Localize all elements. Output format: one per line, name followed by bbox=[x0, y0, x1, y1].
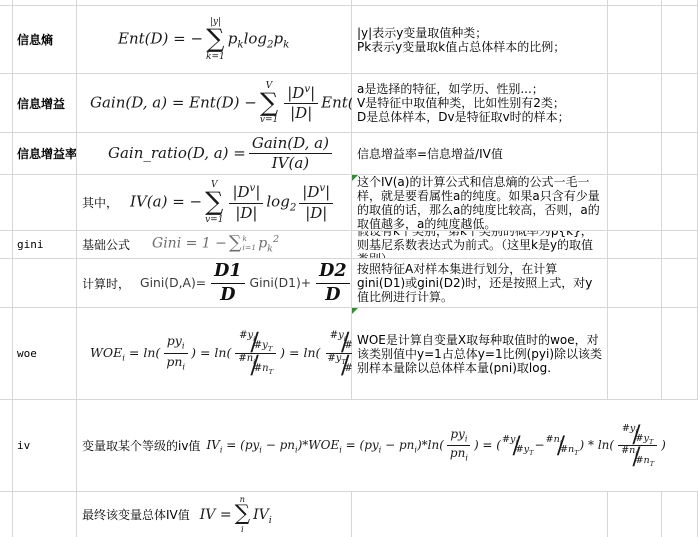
math-fraction: #yi∕#yT#ni∕#nT bbox=[617, 425, 658, 466]
cell-note-gini-calc[interactable]: 按照特征A对样本集进行划分，在计算gini(D1)或gini(D2)时，还是按照… bbox=[352, 259, 608, 308]
math-subscript: i bbox=[182, 363, 185, 373]
math-text: |D bbox=[302, 183, 319, 201]
cell-empty[interactable] bbox=[662, 231, 698, 259]
math-summation: n∑i bbox=[235, 495, 250, 535]
math-skewed-fraction: #yi∕#yT bbox=[239, 332, 272, 352]
cell-label-info-gain[interactable]: 信息增益 bbox=[13, 74, 77, 133]
math-summation: |y|∑k=1 bbox=[206, 17, 225, 62]
math-text: D2 bbox=[319, 261, 346, 281]
math-text: = ln( bbox=[125, 345, 160, 360]
cell-empty[interactable] bbox=[662, 492, 698, 537]
cell-empty[interactable] bbox=[0, 400, 13, 492]
cell-empty[interactable] bbox=[662, 74, 698, 133]
cell-note-info-gain[interactable]: a是选择的特征，如学历、性别...； V是特征中取值种类，比如性别有2类； D是… bbox=[352, 74, 608, 133]
math-text: = (py bbox=[342, 438, 379, 452]
math-text: D bbox=[220, 285, 235, 305]
math-text: − pn bbox=[262, 438, 295, 452]
math-text: py bbox=[450, 427, 464, 441]
math-text: log bbox=[244, 30, 267, 48]
math-text: |D bbox=[232, 183, 249, 201]
math-text: D1 bbox=[214, 261, 241, 281]
row-label-info-gain: 信息增益 bbox=[17, 95, 65, 112]
cell-comment-marker-icon bbox=[352, 308, 358, 314]
math-text: | bbox=[255, 183, 260, 201]
math-text: | bbox=[310, 84, 315, 102]
cell-empty[interactable] bbox=[0, 6, 13, 74]
math-text: − pn bbox=[381, 438, 414, 452]
formula-prefix-iv-a: 其中， bbox=[82, 194, 118, 211]
cell-empty[interactable] bbox=[662, 259, 698, 308]
math-text: #n bbox=[560, 444, 574, 455]
cell-empty[interactable] bbox=[662, 6, 698, 74]
math-fraction: |Dv||D| bbox=[229, 183, 263, 222]
grid-row-entropy: 信息熵 Ent(D) = −|y|∑k=1pklog2pk |y|表示y变量取值… bbox=[0, 6, 698, 74]
cell-empty[interactable] bbox=[608, 175, 662, 231]
cell-formula-gini-calc[interactable]: 计算时， Gini(D,A)=D1DGini(D1)+D2DGini(D2) bbox=[77, 259, 352, 308]
note-text-gini-calc: 按照特征A对样本集进行划分，在计算gini(D1)或gini(D2)时，还是按照… bbox=[357, 262, 602, 304]
cell-label-gini-calc[interactable] bbox=[13, 259, 77, 308]
cell-note-iv-total[interactable] bbox=[352, 492, 608, 537]
math-text: WOE bbox=[90, 345, 122, 360]
cell-empty[interactable] bbox=[608, 231, 662, 259]
math-text: D bbox=[325, 285, 340, 305]
math-text: Gini(D1)+ bbox=[250, 276, 312, 290]
cell-formula-iv-a[interactable]: 其中， IV(a) = −V∑v=1|Dv||D|log2|Dv||D| bbox=[77, 175, 352, 231]
math-text: |D| bbox=[305, 204, 327, 222]
note-text-entropy: |y|表示y变量取值种类； Pk表示y变量取k值占总体样本的比例； bbox=[357, 26, 565, 54]
gini-base-formula-image[interactable]: Gini = 1 −∑ki=1pk2 bbox=[152, 234, 279, 254]
cell-label-woe[interactable]: woe bbox=[13, 308, 77, 400]
math-text: Ent(D) = − bbox=[118, 30, 203, 48]
math-text: py bbox=[167, 333, 182, 348]
grid-row-woe: woe WOEi = ln(pyipni) = ln(#yi∕#yT#ni∕#n… bbox=[0, 308, 698, 400]
formula-prefix-iv-level: 变量取某个等级的iv值 bbox=[82, 437, 200, 454]
cell-empty[interactable] bbox=[0, 133, 13, 175]
math-text: − bbox=[534, 438, 544, 452]
row-label-iv: iv bbox=[17, 439, 30, 452]
math-summation: V∑v=1 bbox=[260, 81, 278, 126]
math-text: ) = ( bbox=[474, 438, 501, 452]
math-fraction: Gain(D, a)IV(a) bbox=[249, 135, 332, 173]
cell-empty[interactable] bbox=[608, 6, 662, 74]
cell-empty[interactable] bbox=[0, 492, 13, 537]
formula-prefix-gini-calc: 计算时， bbox=[82, 275, 130, 292]
math-text: p bbox=[228, 30, 238, 48]
cell-empty[interactable] bbox=[608, 133, 662, 175]
math-skewed-fraction: #ni∕#nT bbox=[621, 447, 654, 466]
math-text: ) = ln( bbox=[191, 345, 231, 360]
math-text: ) * ln( bbox=[580, 438, 615, 452]
iv-a-formula-image[interactable]: IV(a) = −V∑v=1|Dv||D|log2|Dv||D| bbox=[130, 180, 336, 225]
grid-row-gini-base: gini 基础公式 Gini = 1 −∑ki=1pk2 假设有k个类别，第k个… bbox=[0, 231, 698, 259]
math-text: )*WOE bbox=[298, 438, 340, 452]
cell-empty[interactable] bbox=[0, 175, 13, 231]
info-gain-formula-image[interactable]: Gain(D, a) = Ent(D) −V∑v=1|Dv||D|Ent(Dv) bbox=[90, 81, 377, 126]
math-text: | bbox=[325, 183, 330, 201]
cell-empty[interactable] bbox=[662, 175, 698, 231]
math-fraction: pyipni bbox=[163, 334, 188, 374]
math-text: Gain(D, a) bbox=[252, 134, 329, 152]
math-subscript: i bbox=[269, 514, 272, 525]
math-subscript: i bbox=[182, 341, 185, 351]
cell-empty[interactable] bbox=[0, 259, 13, 308]
woe-formula-image[interactable]: WOEi = ln(pyipni) = ln(#yi∕#yT#ni∕#nT) =… bbox=[90, 332, 376, 375]
cell-empty[interactable] bbox=[608, 492, 662, 537]
math-superscript: 2 bbox=[273, 234, 279, 245]
math-subscript: 2 bbox=[290, 203, 296, 214]
row-label-woe: woe bbox=[17, 347, 37, 360]
cell-formula-entropy[interactable]: Ent(D) = −|y|∑k=1pklog2pk bbox=[77, 6, 352, 74]
cell-empty[interactable] bbox=[0, 308, 13, 400]
cell-note-iv-a[interactable]: 这个IV(a)的计算公式和信息熵的公式一毛一样，就是要看属性a的纯度。如果a只含… bbox=[352, 175, 608, 231]
grid-row-info-gain: 信息增益 Gain(D, a) = Ent(D) −V∑v=1|Dv||D|En… bbox=[0, 74, 698, 133]
math-subscript: k bbox=[283, 40, 289, 51]
grid-row-gini-calc: 计算时， Gini(D,A)=D1DGini(D1)+D2DGini(D2) 按… bbox=[0, 259, 698, 308]
math-subscript: T bbox=[649, 437, 653, 445]
cell-formula-iv-level[interactable]: 变量取某个等级的iv值 IVi = (pyi − pni)*WOEi = (py… bbox=[77, 400, 698, 492]
math-subscript: T bbox=[268, 345, 273, 353]
cell-empty[interactable] bbox=[608, 259, 662, 308]
math-fraction: D1D bbox=[211, 261, 244, 304]
math-subscript: T bbox=[529, 449, 533, 457]
cell-note-gain-ratio[interactable]: 信息增益率=信息增益/IV值 bbox=[352, 133, 608, 175]
math-text: log bbox=[266, 193, 289, 211]
math-subscript: T bbox=[269, 368, 274, 376]
math-text: Gain(D, a) = Ent(D) − bbox=[90, 93, 257, 111]
cell-note-gini-base[interactable]: 假设有k个类别，第k个类别的概率为p{k}，则基尼系数表达式为前式。（这里k是y… bbox=[352, 231, 608, 259]
note-text-woe: WOE是计算自变量X取每种取值时的woe，对该类别值中y=1占总体y=1比例(p… bbox=[357, 333, 602, 375]
iv-total-formula-image[interactable]: IV =n∑iIVi bbox=[200, 495, 272, 535]
math-text: )*ln( bbox=[417, 438, 444, 452]
math-text: Gini(D,A)= bbox=[140, 276, 206, 290]
cell-empty[interactable] bbox=[662, 308, 698, 400]
math-text: ) = ln( bbox=[280, 345, 320, 360]
math-text: IV(a) bbox=[272, 154, 309, 172]
row-label-gain-ratio: 信息增益率 bbox=[17, 145, 77, 162]
iv-level-formula-image[interactable]: IVi = (pyi − pni)*WOEi = (pyi − pni)*ln(… bbox=[206, 425, 665, 466]
cell-formula-iv-total[interactable]: 最终该变量总体IV值 IV =n∑iIVi bbox=[77, 492, 352, 537]
math-skewed-fraction: #ni∕#nT bbox=[546, 436, 579, 455]
math-subscript: i bbox=[465, 452, 468, 462]
cell-formula-woe[interactable]: WOEi = ln(pyipni) = ln(#yi∕#yT#ni∕#nT) =… bbox=[77, 308, 352, 400]
cell-empty[interactable] bbox=[608, 308, 662, 400]
grid-row-iv-total: 最终该变量总体IV值 IV =n∑iIVi bbox=[0, 492, 698, 537]
math-text: Gain_ratio(D, a) = bbox=[108, 144, 246, 162]
math-text: #y bbox=[516, 444, 529, 455]
formula-prefix-gini-base: 基础公式 bbox=[82, 236, 130, 253]
grid-row-iv-level: iv 变量取某个等级的iv值 IVi = (pyi − pni)*WOEi = … bbox=[0, 400, 698, 492]
math-text: IV bbox=[206, 438, 219, 452]
math-text: |D| bbox=[235, 204, 257, 222]
grid-row-gain-ratio: 信息增益率 Gain_ratio(D, a) =Gain(D, a)IV(a) … bbox=[0, 133, 698, 175]
cell-formula-gain-ratio[interactable]: Gain_ratio(D, a) =Gain(D, a)IV(a) bbox=[77, 133, 352, 175]
math-skewed-fraction: #ni∕#nT bbox=[238, 355, 273, 375]
math-fraction: #yi∕#yT#ni∕#nT bbox=[234, 332, 277, 375]
note-text-info-gain: a是选择的特征，如学历、性别...； V是特征中取值种类，比如性别有2类； D是… bbox=[357, 82, 570, 124]
math-text: pn bbox=[450, 446, 465, 460]
math-text: IV bbox=[253, 506, 269, 522]
math-fraction: |Dv||D| bbox=[284, 84, 318, 123]
note-text-gini-base: 假设有k个类别，第k个类别的概率为p{k}，则基尼系数表达式为前式。（这里k是y… bbox=[357, 231, 602, 259]
cell-note-entropy[interactable]: |y|表示y变量取值种类； Pk表示y变量取k值占总体样本的比例； bbox=[352, 6, 608, 74]
math-summation-inline: ∑ki=1 bbox=[229, 235, 256, 253]
cell-empty[interactable] bbox=[662, 133, 698, 175]
math-text: p bbox=[258, 236, 267, 252]
math-text: Gini = 1 − bbox=[152, 236, 227, 252]
cell-label-iv-total[interactable] bbox=[13, 492, 77, 537]
math-subscript: i bbox=[465, 434, 468, 444]
math-text: #n bbox=[635, 455, 649, 466]
math-text: |D bbox=[287, 84, 304, 102]
gain-ratio-formula-image[interactable]: Gain_ratio(D, a) =Gain(D, a)IV(a) bbox=[108, 135, 335, 173]
cell-empty[interactable] bbox=[0, 74, 13, 133]
formula-prefix-iv-total: 最终该变量总体IV值 bbox=[82, 506, 190, 523]
cell-empty[interactable] bbox=[0, 231, 13, 259]
grid-row-iv-a: 其中， IV(a) = −V∑v=1|Dv||D|log2|Dv||D| 这个I… bbox=[0, 175, 698, 231]
math-subscript: T bbox=[650, 460, 654, 468]
spreadsheet: 信息熵 Ent(D) = −|y|∑k=1pklog2pk |y|表示y变量取值… bbox=[0, 0, 698, 537]
cell-label-gain-ratio[interactable]: 信息增益率 bbox=[13, 133, 77, 175]
math-text: = (py bbox=[222, 438, 259, 452]
math-text: IV = bbox=[200, 506, 232, 522]
note-text-iv-a: 这个IV(a)的计算公式和信息熵的公式一毛一样，就是要看属性a的纯度。如果a只含… bbox=[357, 175, 602, 231]
math-fraction: pyipni bbox=[447, 428, 471, 463]
math-text: pn bbox=[166, 354, 182, 369]
cell-label-gini[interactable]: gini bbox=[13, 231, 77, 259]
row-label-entropy: 信息熵 bbox=[17, 31, 53, 48]
math-text: p bbox=[274, 30, 284, 48]
cell-note-woe[interactable]: WOE是计算自变量X取每种取值时的woe，对该类别值中y=1占总体y=1比例(p… bbox=[352, 308, 608, 400]
cell-formula-info-gain[interactable]: Gain(D, a) = Ent(D) −V∑v=1|Dv||D|Ent(Dv) bbox=[77, 74, 352, 133]
math-text: |D| bbox=[290, 104, 312, 122]
cell-comment-marker-icon bbox=[352, 175, 358, 181]
entropy-formula-image[interactable]: Ent(D) = −|y|∑k=1pklog2pk bbox=[118, 17, 289, 62]
math-skewed-fraction: #yi∕#yT bbox=[502, 436, 533, 455]
cell-label-iv[interactable]: iv bbox=[13, 400, 77, 492]
math-subscript: k bbox=[267, 244, 273, 255]
math-text: #n bbox=[254, 363, 269, 374]
math-summation: V∑v=1 bbox=[205, 180, 223, 225]
cell-label-iv-a[interactable] bbox=[13, 175, 77, 231]
note-text-gain-ratio: 信息增益率=信息增益/IV值 bbox=[357, 147, 503, 161]
math-fraction: D2D bbox=[316, 261, 349, 304]
cell-label-entropy[interactable]: 信息熵 bbox=[13, 6, 77, 74]
row-label-gini: gini bbox=[17, 238, 44, 251]
cell-formula-gini-base[interactable]: 基础公式 Gini = 1 −∑ki=1pk2 bbox=[77, 231, 352, 259]
math-fraction: |Dv||D| bbox=[299, 183, 333, 222]
math-subscript: T bbox=[574, 449, 578, 457]
math-text: #y bbox=[327, 353, 341, 364]
cell-empty[interactable] bbox=[608, 74, 662, 133]
math-text: IV(a) = − bbox=[130, 193, 202, 211]
math-text: ) bbox=[661, 438, 666, 452]
